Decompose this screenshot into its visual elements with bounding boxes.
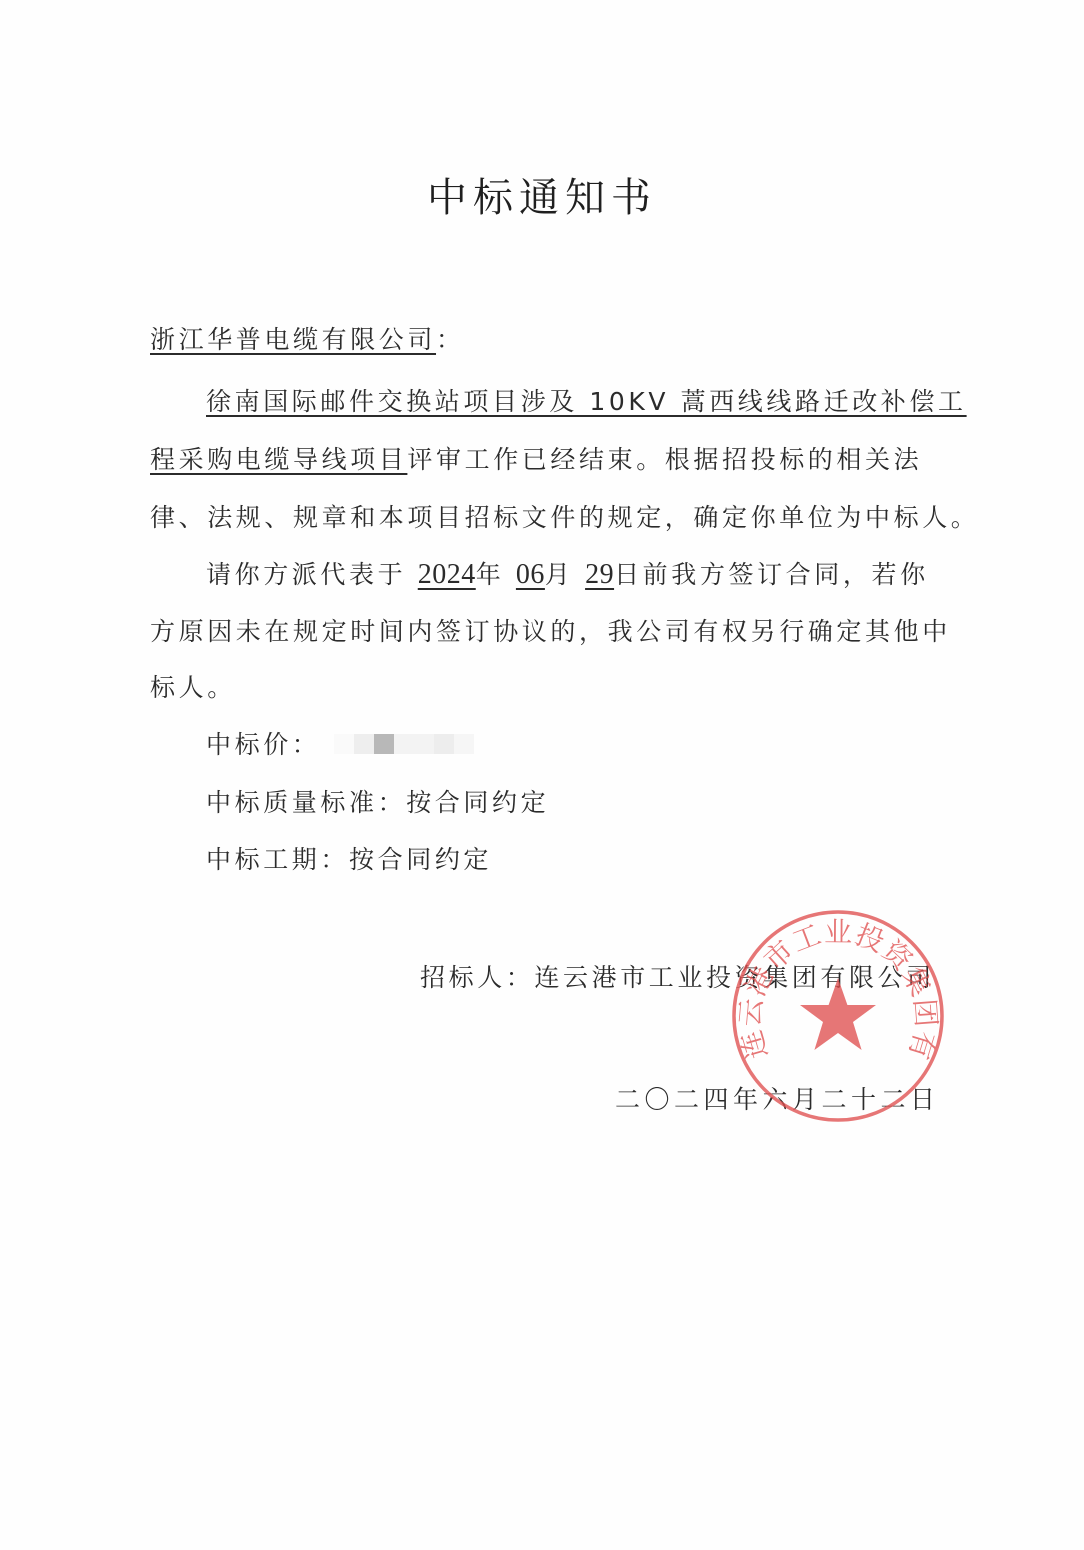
deadline-month: 06 (516, 559, 545, 590)
item-bid-price: 中标价： (206, 728, 474, 762)
project-name-part2: 程采购电缆导线项目 (150, 445, 407, 474)
addressee-colon: ： (436, 325, 465, 354)
deadline-day: 29 (585, 559, 614, 590)
document-title: 中标通知书 (0, 166, 1084, 223)
item-construction-period: 中标工期：按合同约定 (206, 843, 492, 877)
issue-date: 二〇二四年六月二十二日 (615, 1083, 940, 1117)
bid-price-redacted (334, 734, 474, 754)
construction-period-value: 按合同约定 (349, 845, 492, 874)
construction-period-label: 中标工期： (206, 845, 349, 874)
project-name-part1: 徐南国际邮件交换站项目涉及 10KV 蒿西线线路迁改补偿工 (206, 387, 967, 416)
quality-standard-label: 中标质量标准： (206, 788, 406, 817)
paragraph2-line1: 请你方派代表于 2024年 06月 29日前我方签订合同，若你 (206, 558, 929, 592)
signature-line: 招标人：连云港市工业投资集团有限公司 (420, 961, 935, 995)
addressee-line: 浙江华普电缆有限公司： (150, 323, 465, 357)
deadline-suffix: 日前我方签订合同，若你 (614, 560, 929, 589)
addressee-name: 浙江华普电缆有限公司 (150, 325, 436, 354)
item-quality-standard: 中标质量标准：按合同约定 (206, 786, 549, 820)
paragraph2-line3: 标人。 (150, 671, 236, 705)
bid-price-label: 中标价： (206, 730, 320, 759)
paragraph2-line2: 方原因未在规定时间内签订协议的，我公司有权另行确定其他中 (150, 615, 951, 649)
signature-company: 连云港市工业投资集团有限公司 (534, 963, 934, 992)
deadline-year: 2024 (418, 559, 476, 590)
paragraph1-line2: 程采购电缆导线项目评审工作已经结束。根据招投标的相关法 (150, 443, 922, 477)
paragraph1-line2-text: 评审工作已经结束。根据招投标的相关法 (407, 445, 922, 474)
signature-label: 招标人： (420, 963, 534, 992)
deadline-year-unit: 年 (476, 560, 505, 589)
deadline-prefix: 请你方派代表于 (206, 560, 406, 589)
deadline-month-unit: 月 (545, 560, 574, 589)
paragraph1-line1: 徐南国际邮件交换站项目涉及 10KV 蒿西线线路迁改补偿工 (206, 385, 967, 419)
document-page: 中标通知书 浙江华普电缆有限公司： 徐南国际邮件交换站项目涉及 10KV 蒿西线… (0, 0, 1084, 1550)
quality-standard-value: 按合同约定 (406, 788, 549, 817)
paragraph1-line3: 律、法规、规章和本项目招标文件的规定，确定你单位为中标人。 (150, 501, 979, 535)
